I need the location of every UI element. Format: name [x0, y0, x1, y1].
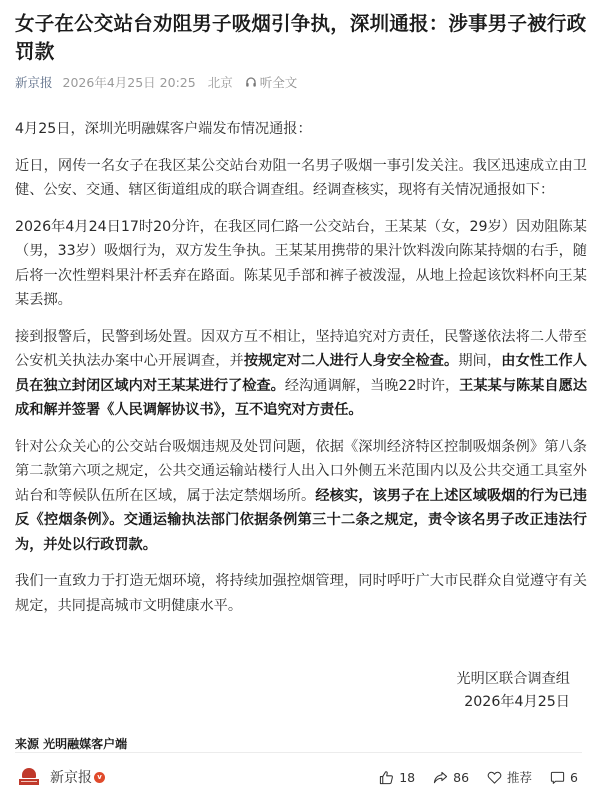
- listen-label: 听全文: [260, 73, 298, 91]
- article-paragraph: 近日，网传一名女子在我区某公交站台劝阻一名男子吸烟一事引发关注。我区迅速成立由卫…: [15, 154, 587, 203]
- text-run: 近日，网传一名女子在我区某公交站台劝阻一名男子吸烟一事引发关注。我区迅速成立由卫…: [15, 158, 587, 199]
- share-button[interactable]: 86: [433, 770, 469, 785]
- article-page: 女子在公交站台劝阻男子吸烟引争执，深圳通报：涉事男子被行政罚款 新京报 2026…: [0, 0, 600, 800]
- article-body: 4月25日，深圳光明融媒客户端发布情况通报：近日，网传一名女子在我区某公交站台劝…: [15, 117, 587, 630]
- like-button[interactable]: 18: [379, 770, 415, 785]
- signature-org: 光明区联合调查组: [456, 668, 570, 691]
- article-title: 女子在公交站台劝阻男子吸烟引争执，深圳通报：涉事男子被行政罚款: [15, 10, 587, 66]
- signature-block: 光明区联合调查组 2026年4月25日: [456, 668, 570, 714]
- bottom-action-bar: 新京报 v 18 86 推荐: [0, 762, 600, 792]
- like-count: 18: [399, 770, 415, 785]
- recommend-button[interactable]: 推荐: [487, 768, 532, 786]
- text-run: 我们一直致力于打造无烟环境，将持续加强控烟管理，同时呼吁广大市民群众自觉遵守有关…: [15, 573, 587, 614]
- bold-text-run: 按规定对二人进行人身安全检查。: [244, 353, 459, 369]
- recommend-label: 推荐: [507, 768, 532, 786]
- comment-icon: [550, 770, 565, 785]
- meta-source[interactable]: 新京报: [15, 73, 53, 91]
- share-arrow-icon: [433, 770, 448, 785]
- verified-badge-icon: v: [94, 772, 105, 783]
- article-paragraph: 2026年4月24日17时20分许，在我区同仁路一公交站台，王某某（女，29岁）…: [15, 215, 587, 313]
- xinjingbao-logo-icon: [18, 766, 40, 788]
- text-run: 经沟通调解，当晚22时许，: [285, 378, 459, 394]
- share-count: 86: [453, 770, 469, 785]
- author-profile-link[interactable]: 新京报 v: [18, 766, 105, 788]
- headphones-icon: [245, 76, 257, 88]
- article-meta: 新京报 2026年4月25日 20:25 北京 听全文: [15, 73, 297, 91]
- heart-icon: [487, 770, 502, 785]
- text-run: 期间，: [458, 353, 501, 369]
- source-attribution: 来源 光明融媒客户端: [15, 735, 582, 753]
- thumbs-up-icon: [379, 770, 394, 785]
- comment-button[interactable]: 6: [550, 770, 578, 785]
- text-run: 2026年4月24日17时20分许，在我区同仁路一公交站台，王某某（女，29岁）…: [15, 219, 587, 309]
- article-paragraph: 接到报警后，民警到场处置。因双方互不相让，坚持追究对方责任，民警遂依法将二人带至…: [15, 325, 587, 423]
- author-name: 新京报: [50, 767, 92, 787]
- comment-count: 6: [570, 770, 578, 785]
- text-run: 4月25日，深圳光明融媒客户端发布情况通报：: [15, 121, 312, 137]
- signature-date: 2026年4月25日: [456, 691, 570, 714]
- meta-location: 北京: [208, 73, 233, 91]
- article-paragraph: 我们一直致力于打造无烟环境，将持续加强控烟管理，同时呼吁广大市民群众自觉遵守有关…: [15, 569, 587, 618]
- article-paragraph: 4月25日，深圳光明融媒客户端发布情况通报：: [15, 117, 587, 142]
- meta-datetime: 2026年4月25日 20:25: [63, 73, 196, 91]
- listen-full-text-button[interactable]: 听全文: [245, 73, 298, 91]
- action-buttons: 18 86 推荐 6: [361, 762, 578, 792]
- article-paragraph: 针对公众关心的公交站台吸烟违规及处罚问题，依据《深圳经济特区控制吸烟条例》第八条…: [15, 435, 587, 558]
